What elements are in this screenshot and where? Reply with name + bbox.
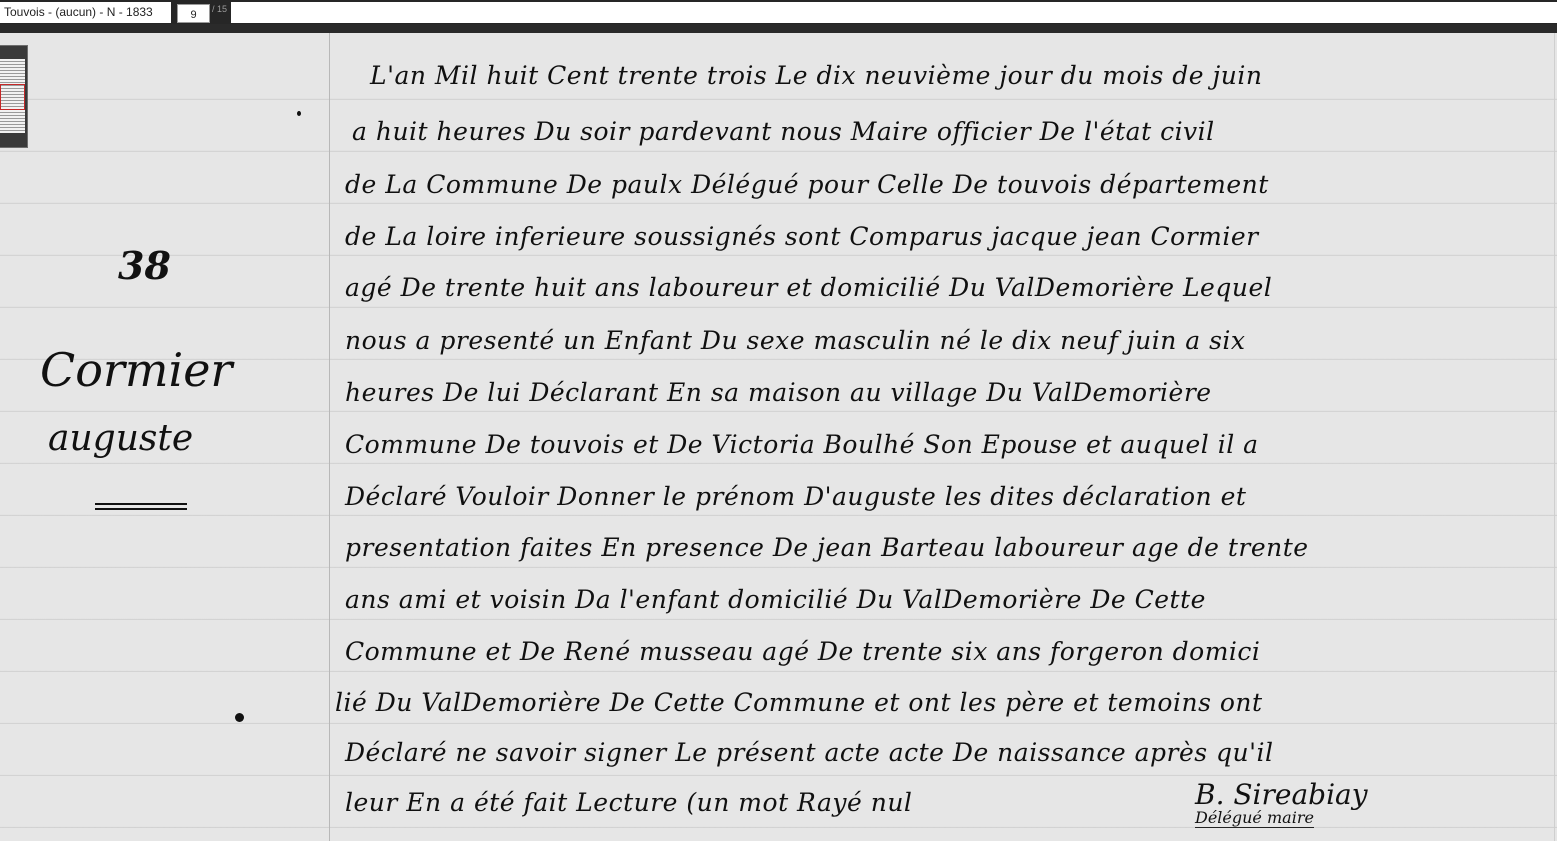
document-title-field: Touvois - (aucun) - N - 1833 bbox=[0, 2, 171, 23]
signature-title: Délégué maire bbox=[1195, 808, 1314, 828]
officer-signature: B. Sireabiay bbox=[1195, 778, 1368, 811]
page-number-input[interactable]: 9 bbox=[177, 4, 210, 23]
text-line: agé De trente huit ans laboureur et domi… bbox=[345, 273, 1272, 302]
record-number: 38 bbox=[118, 243, 171, 288]
text-line: lié Du ValDemorière De Cette Commune et … bbox=[335, 688, 1263, 717]
viewport-indicator[interactable] bbox=[0, 84, 25, 110]
text-line: de La loire inferieure soussignés sont C… bbox=[345, 222, 1259, 251]
text-line: heures De lui Déclarant En sa maison au … bbox=[345, 378, 1212, 407]
text-line: presentation faites En presence De jean … bbox=[345, 533, 1309, 562]
toolbar-blank-field bbox=[231, 2, 1557, 23]
margin-surname: Cormier bbox=[40, 343, 232, 397]
text-line: leur En a été fait Lecture (un mot Rayé … bbox=[345, 788, 912, 817]
text-line: a huit heures Du soir pardevant nous Mai… bbox=[352, 117, 1215, 146]
margin-underline bbox=[95, 503, 187, 510]
margin-first-name: auguste bbox=[48, 418, 193, 459]
text-line: L'an Mil huit Cent trente trois Le dix n… bbox=[370, 61, 1263, 90]
text-line: ans ami et voisin Da l'enfant domicilié … bbox=[345, 585, 1206, 614]
top-toolbar: Touvois - (aucun) - N - 1833 9 / 15 bbox=[0, 0, 1557, 24]
margin-rule bbox=[329, 33, 330, 841]
text-line: Commune et De René musseau agé De trente… bbox=[345, 637, 1260, 666]
text-line: de La Commune De paulx Délégué pour Cell… bbox=[345, 170, 1269, 199]
text-line: Déclaré ne savoir signer Le présent acte… bbox=[345, 738, 1274, 767]
toolbar-separator bbox=[0, 24, 1557, 33]
page-edge bbox=[1554, 33, 1555, 841]
text-line: nous a presenté un Enfant Du sexe mascul… bbox=[345, 326, 1246, 355]
document-viewer[interactable]: 38 Cormier auguste L'an Mil huit Cent tr… bbox=[0, 33, 1557, 841]
text-line: Déclaré Vouloir Donner le prénom D'augus… bbox=[345, 482, 1246, 511]
page-navigator-thumbnail[interactable] bbox=[0, 45, 28, 148]
page-total-label: / 15 bbox=[212, 4, 227, 14]
ink-blot bbox=[235, 713, 244, 722]
text-line: Commune De touvois et De Victoria Boulhé… bbox=[345, 430, 1259, 459]
ink-speck bbox=[297, 111, 301, 116]
